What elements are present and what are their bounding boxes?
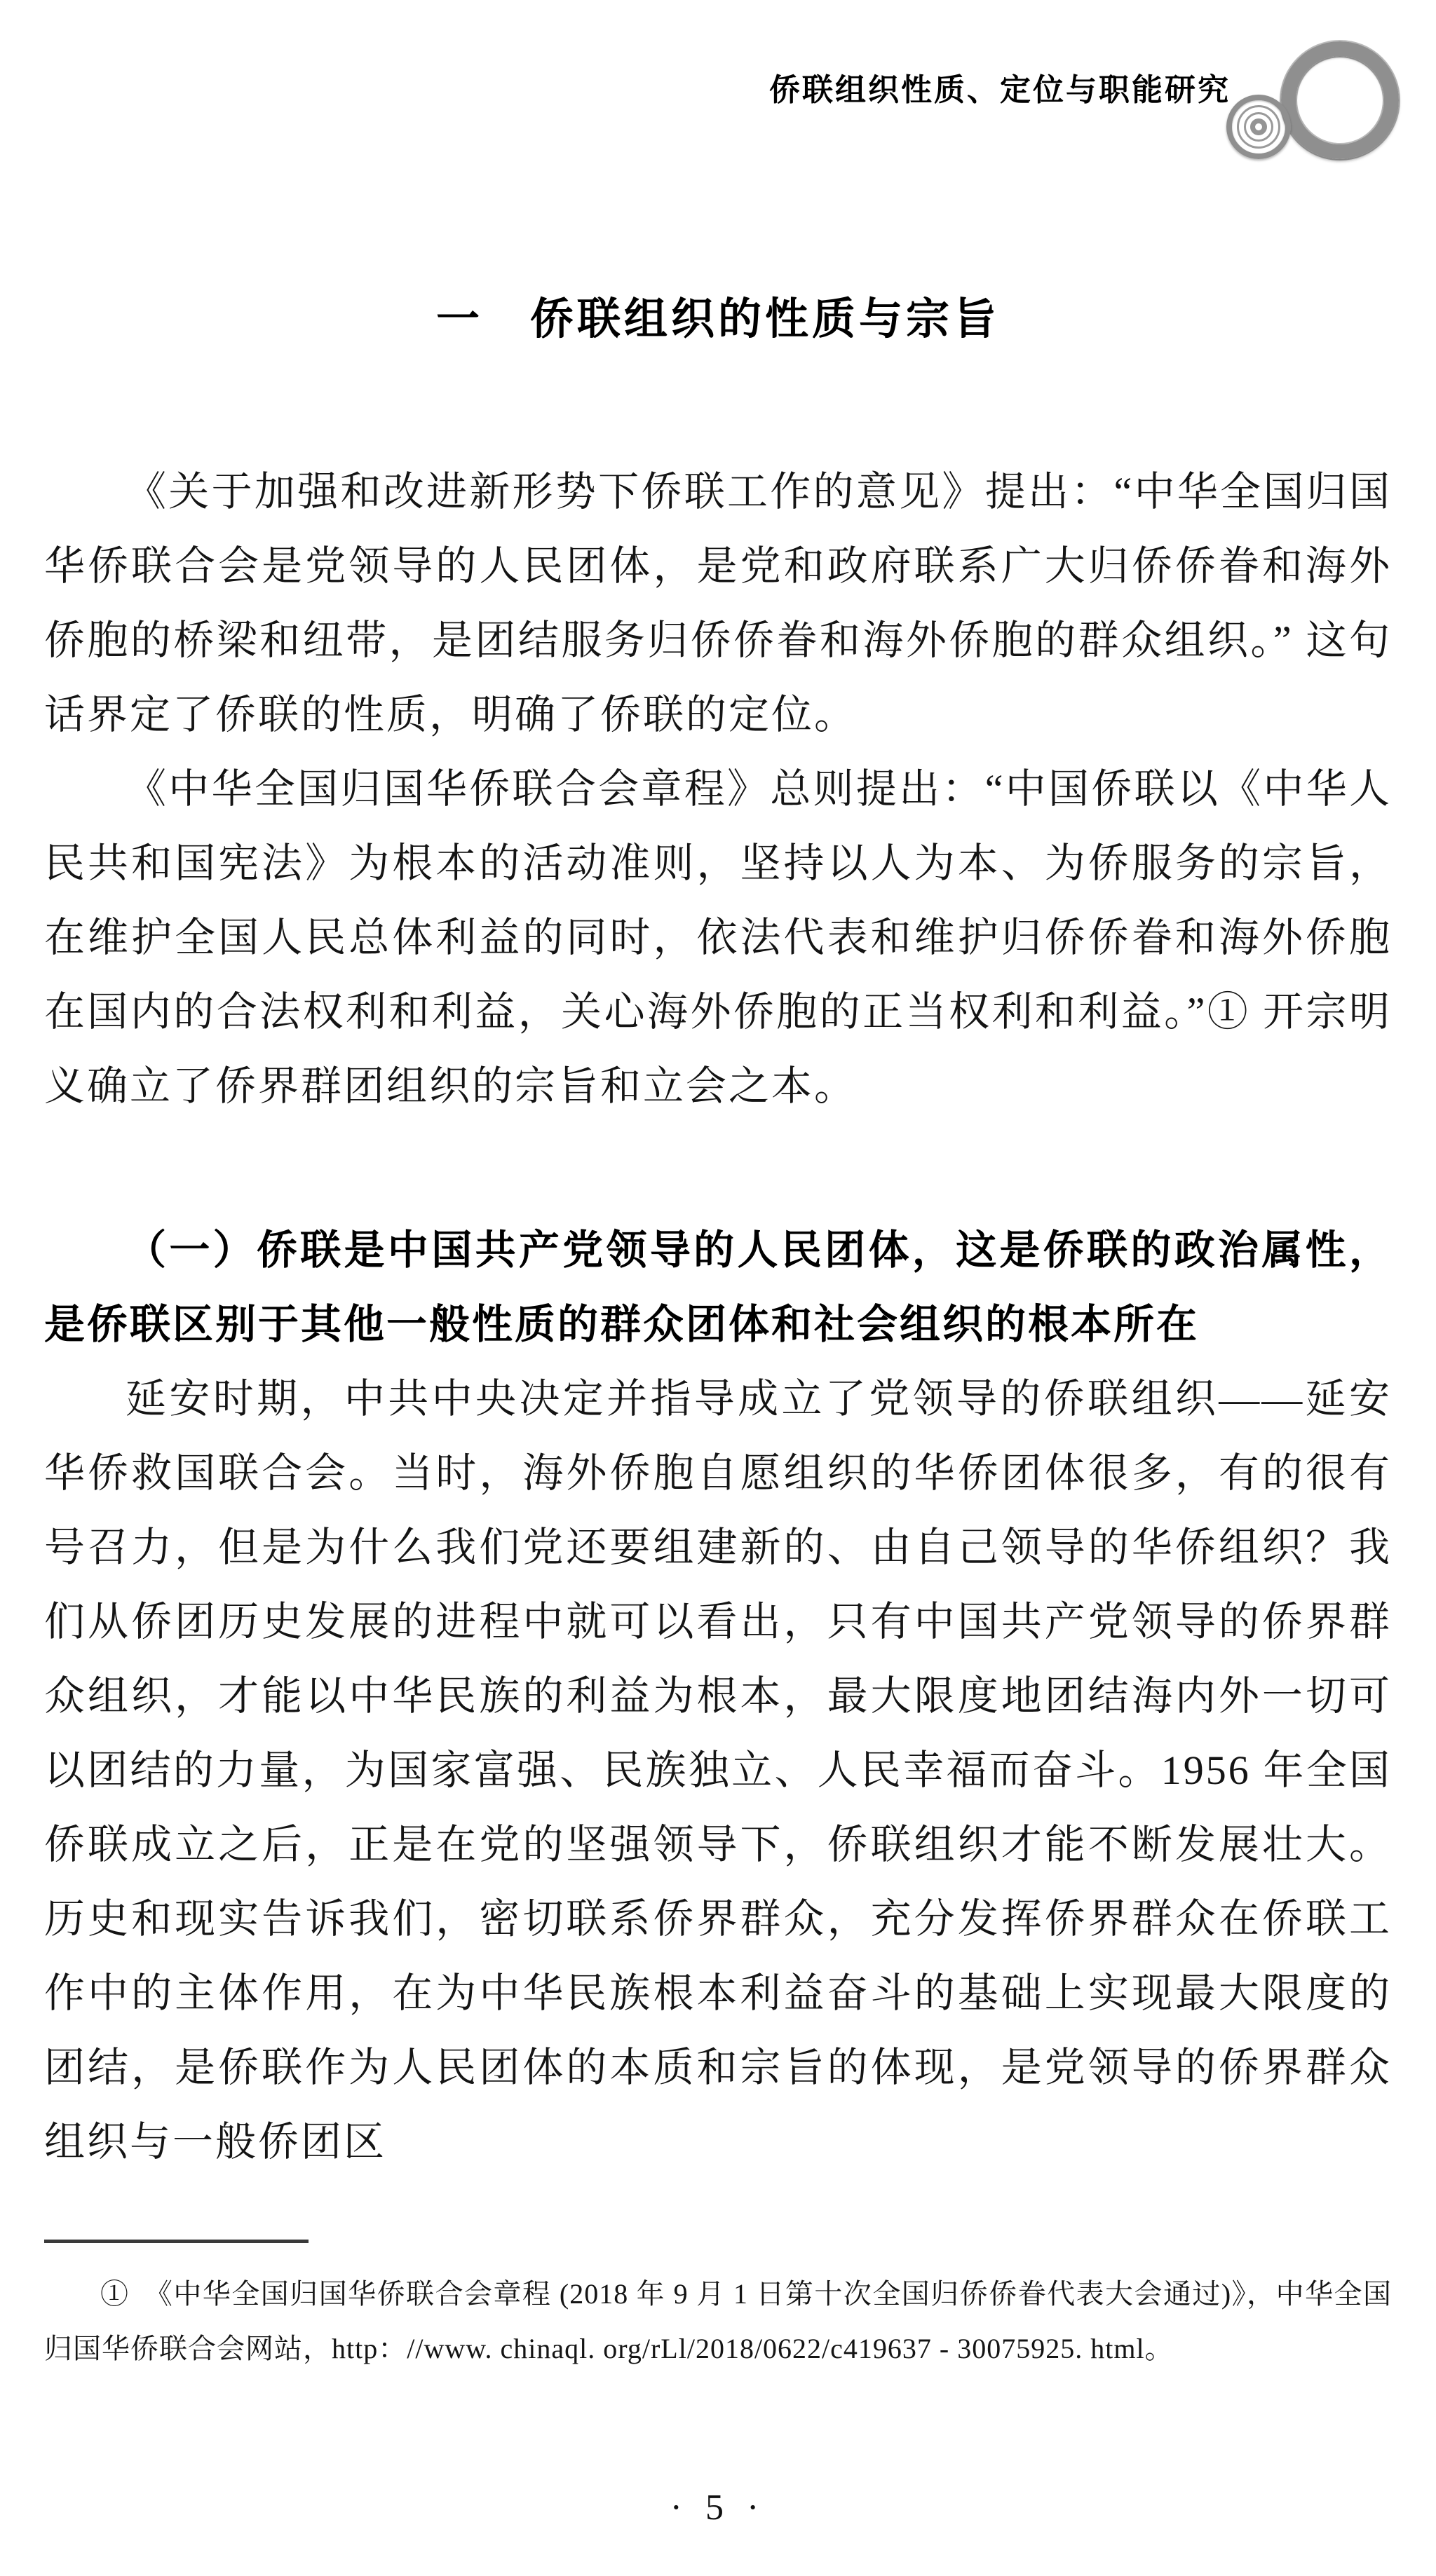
subsection-heading: （一）侨联是中国共产党领导的人民团体，这是侨联的政治属性，是侨联区别于其他一般性… xyxy=(44,1213,1392,1362)
running-header-title: 侨联组织性质、定位与职能研究 xyxy=(769,64,1231,109)
document-page: 侨联组织性质、定位与职能研究 一 侨联组织的性质与宗旨 《关于加强和改进新形势下… xyxy=(0,0,1436,2576)
paragraph-1: 《关于加强和改进新形势下侨联工作的意见》提出：“中华全国归国华侨联合会是党领导的… xyxy=(44,455,1392,752)
section-title: 一 侨联组织的性质与宗旨 xyxy=(0,294,1436,345)
small-ring-icon xyxy=(1226,95,1291,159)
large-ring-icon xyxy=(1281,41,1399,159)
body-content: 《关于加强和改进新形势下侨联工作的意见》提出：“中华全国归国华侨联合会是党领导的… xyxy=(44,455,1392,2179)
paragraph-2: 《中华全国归国华侨联合会章程》总则提出：“中国侨联以《中华人民共和国宪法》为根本… xyxy=(44,752,1392,1124)
footnote-text: ① 《中华全国归国华侨联合会章程 (2018 年 9 月 1 日第十次全国归侨侨… xyxy=(44,2267,1392,2376)
page-number: · 5 · xyxy=(0,2487,1436,2528)
rings-logo xyxy=(1224,39,1407,165)
paragraph-3: 延安时期，中共中央决定并指导成立了党领导的侨联组织——延安华侨救国联合会。当时，… xyxy=(44,1362,1392,2179)
small-ring-inner-circle-3 xyxy=(1250,118,1267,135)
footnote-divider xyxy=(44,2240,309,2243)
